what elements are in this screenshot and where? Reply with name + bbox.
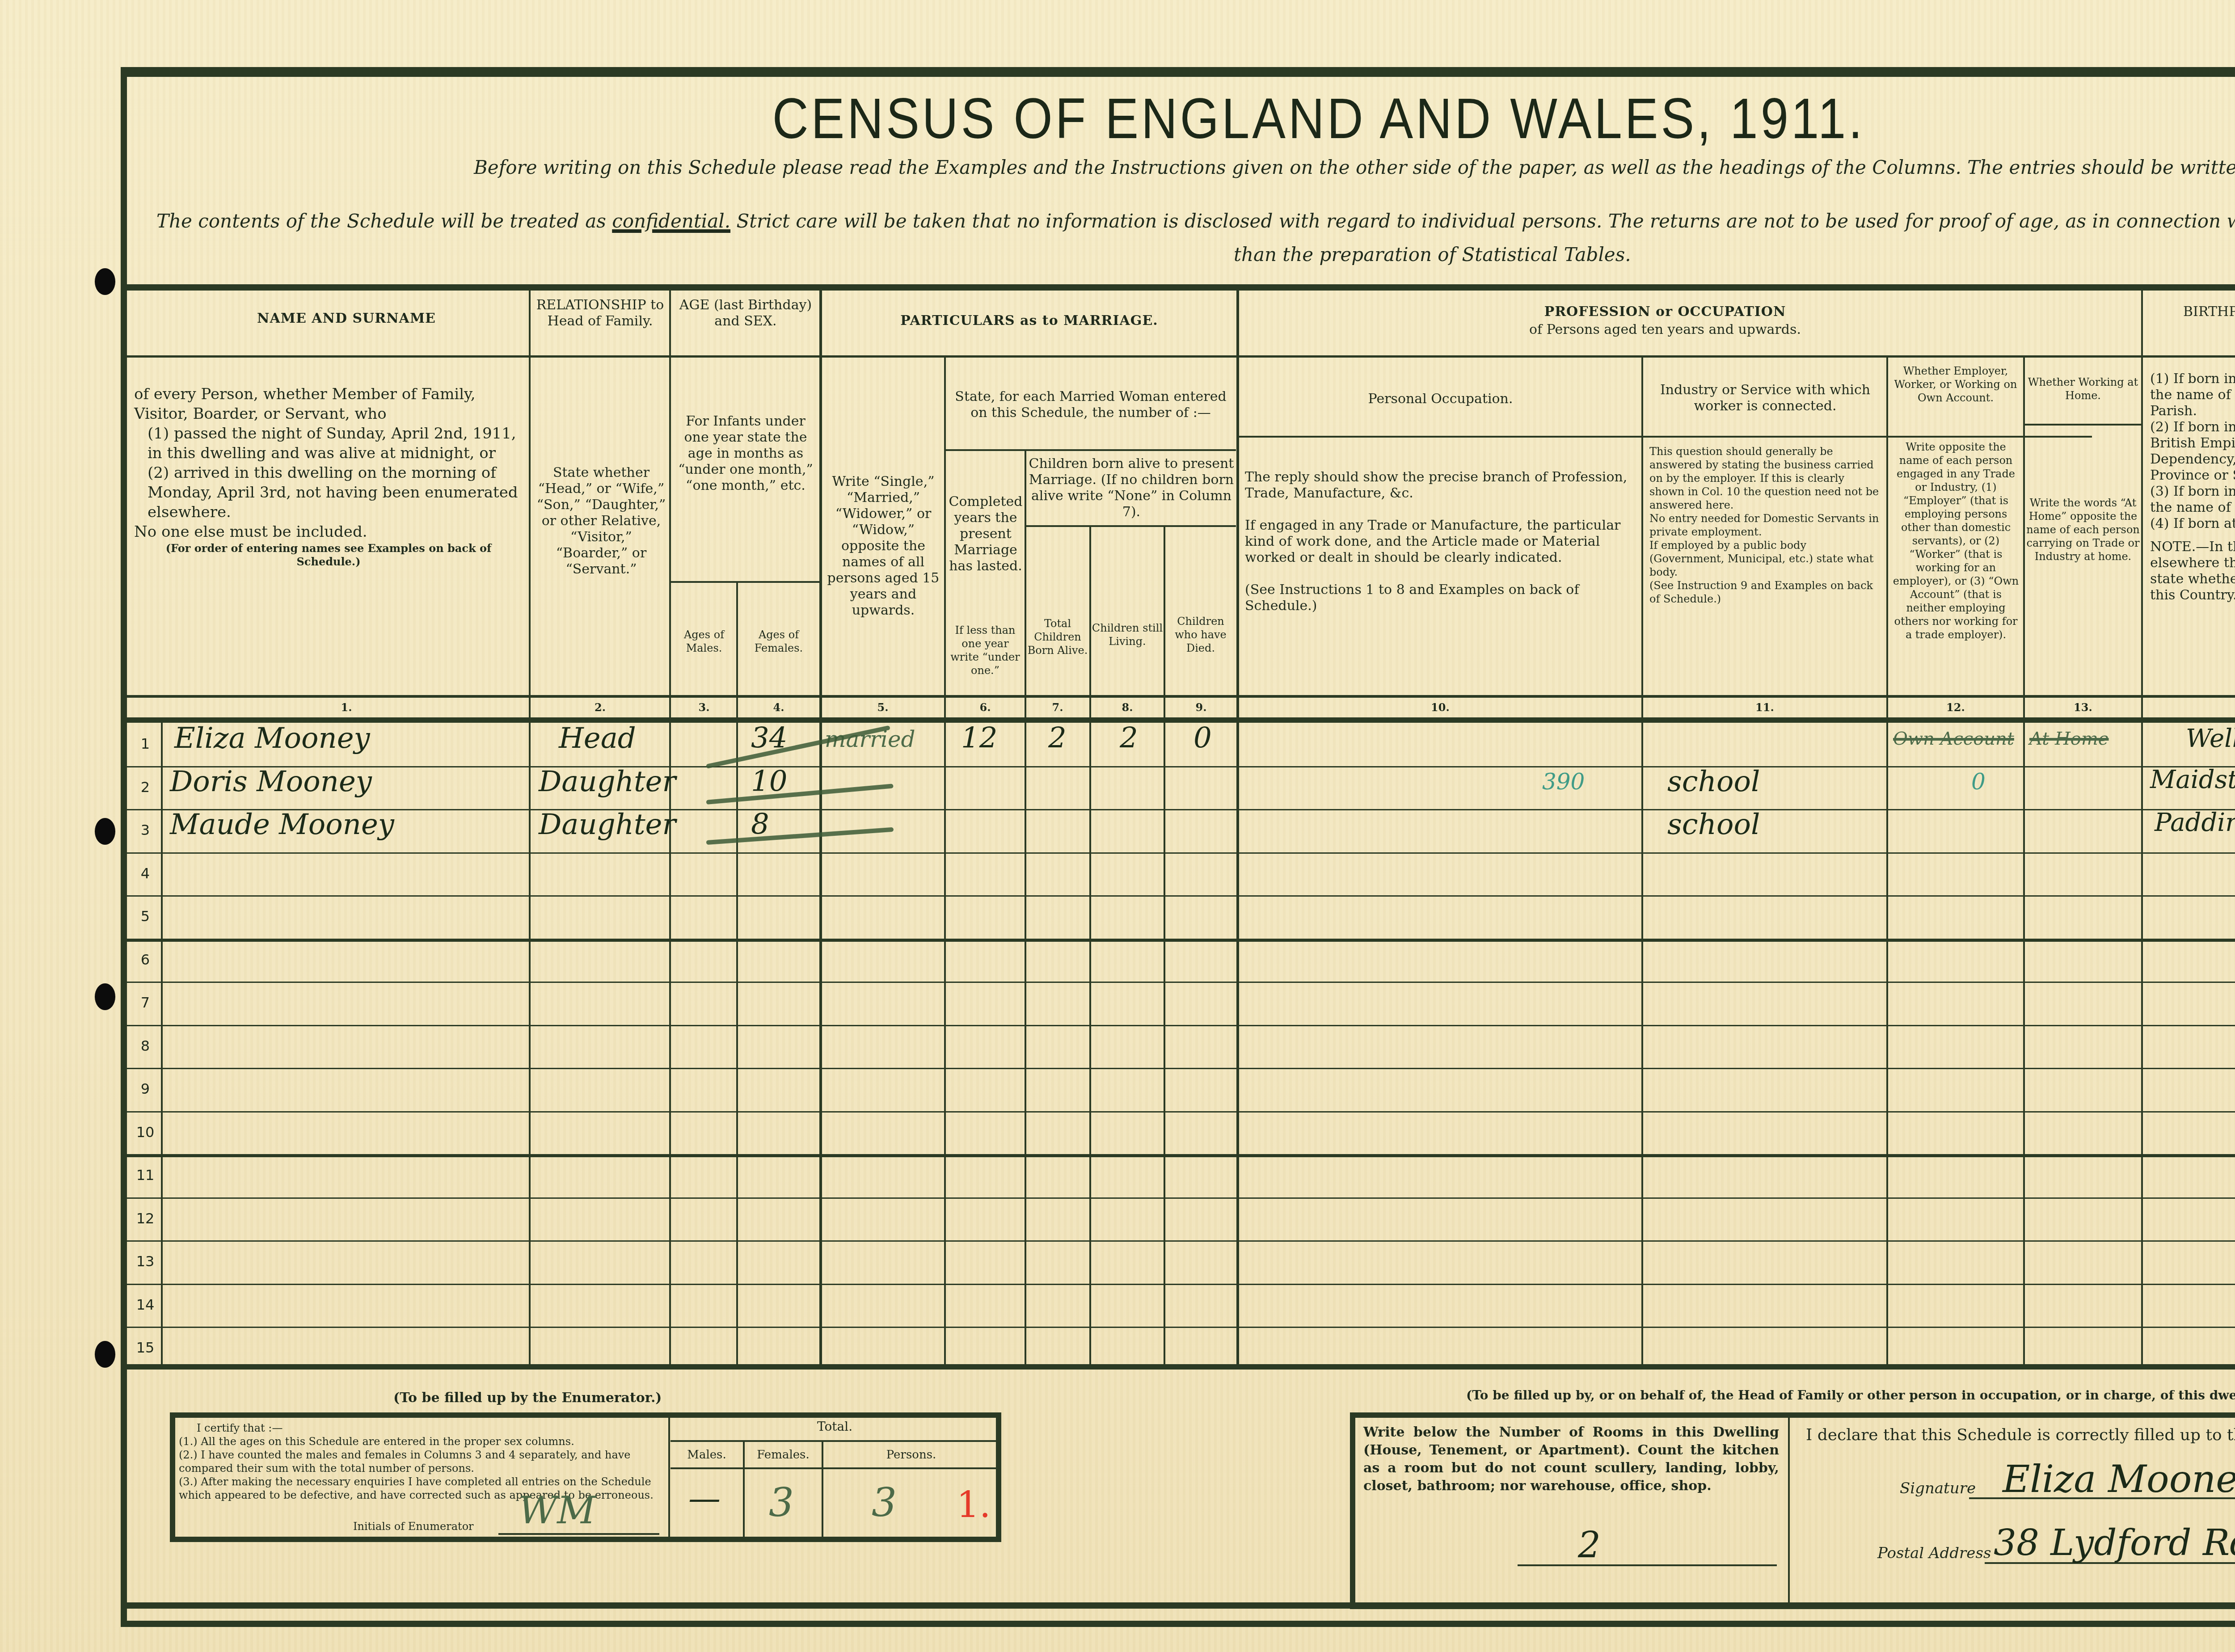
enum-total-rule — [670, 1440, 999, 1442]
col10-title: Personal Occupation. — [1240, 391, 1640, 407]
total-females[interactable]: 3 — [769, 1479, 794, 1526]
row-number: 8 — [125, 1037, 165, 1054]
col-rule-7 — [1089, 525, 1091, 1368]
occupation-sub-rule — [1238, 436, 2092, 438]
row-rule — [125, 982, 2235, 983]
confidential-line-2: than the preparation of Statistical Tabl… — [1234, 244, 1631, 265]
row-number: 9 — [125, 1080, 165, 1097]
rooms-count[interactable]: 2 — [1578, 1524, 1601, 1566]
red-tally-mark: 1. — [957, 1484, 991, 1526]
signature[interactable]: Eliza Mooney — [2003, 1457, 2235, 1501]
col6-instructions: Completed years the present Marriage has… — [948, 494, 1024, 574]
row-rule — [125, 1025, 2235, 1026]
person-1-children-born[interactable]: 2 — [1048, 722, 1067, 755]
col-rule-1 — [529, 288, 531, 1368]
colnum-1: 1. — [165, 701, 527, 714]
enumerator-heading: (To be filled up by the Enumerator.) — [393, 1390, 662, 1406]
col12-instructions: Write opposite the name of each person e… — [1890, 440, 2022, 641]
col8-title: Children still Living. — [1092, 621, 1163, 648]
rooms-instructions: Write below the Number of Rooms in this … — [1363, 1424, 1779, 1495]
punch-hole — [95, 983, 115, 1010]
col-rule-12 — [2023, 358, 2025, 1368]
colnum-6: 6. — [946, 701, 1025, 714]
persons-label: Persons. — [823, 1448, 999, 1462]
col6-sub: If less than one year write “under one.” — [947, 624, 1024, 677]
col13-title: Whether Working at Home. — [2026, 375, 2140, 402]
signature-label: Signature — [1900, 1479, 1976, 1497]
person-1-name[interactable]: Eliza Mooney — [174, 722, 370, 755]
instruction-line: Before writing on this Schedule please r… — [474, 156, 2235, 178]
row-number: 7 — [125, 994, 165, 1011]
person-2-employer-code: 0 — [1971, 769, 1986, 795]
colnum-top-rule — [121, 695, 2235, 698]
col1-instructions: of every Person, whether Member of Famil… — [134, 384, 523, 569]
householder-divider — [1788, 1417, 1790, 1605]
person-1-children-living[interactable]: 2 — [1120, 722, 1138, 755]
col3-title: Ages of Males. — [672, 628, 736, 655]
col11-title: Industry or Service with which worker is… — [1645, 382, 1885, 414]
header-title-rule — [121, 355, 2235, 358]
colnum-9: 9. — [1165, 701, 1237, 714]
row-rule — [125, 852, 2235, 854]
person-2-name[interactable]: Doris Mooney — [170, 765, 372, 798]
row-number: 2 — [125, 779, 165, 796]
col12-title: Whether Employer, Worker, or Working on … — [1889, 364, 2022, 405]
colnum-8: 8. — [1091, 701, 1164, 714]
row-rule — [125, 1154, 2235, 1157]
person-2-industry[interactable]: school — [1667, 765, 1760, 798]
row-number: 4 — [125, 865, 165, 882]
table-top-rule — [121, 284, 2235, 291]
row-rule — [125, 809, 2235, 810]
col-rule-6 — [1025, 449, 1026, 1368]
enumerator-initials[interactable]: WM — [519, 1488, 595, 1532]
row-number: 3 — [125, 822, 165, 839]
row-number: 13 — [125, 1253, 165, 1270]
col10-instructions: The reply should show the precise branch… — [1245, 469, 1636, 614]
colnum-14: 14. — [2143, 701, 2235, 714]
page-title: CENSUS OF ENGLAND AND WALES, 1911. — [626, 85, 2011, 151]
occupation-title: PROFESSION or OCCUPATION — [1240, 304, 2090, 320]
children-rule — [1026, 525, 1236, 527]
colnum-7: 7. — [1026, 701, 1089, 714]
married-woman-rule — [945, 449, 1236, 451]
col14-instructions: (1) If born in the United Kingdom, write… — [2150, 371, 2235, 603]
person-1-relationship[interactable]: Head — [559, 722, 636, 755]
punch-hole — [95, 818, 115, 845]
colnum-13: 13. — [2025, 701, 2141, 714]
row-rule — [125, 766, 2235, 767]
person-1-at-home[interactable]: At Home — [2029, 729, 2109, 749]
person-2-occupation-code: 390 — [1542, 769, 1585, 795]
row-number: 10 — [125, 1124, 165, 1141]
declaration: I declare that this Schedule is correctl… — [1806, 1426, 2235, 1444]
rooms-underline — [1518, 1564, 1777, 1566]
punch-hole — [95, 268, 115, 295]
males-label: Males. — [670, 1448, 743, 1462]
initials-label: Initials of Enumerator — [353, 1520, 474, 1533]
col7-title: Total Children Born Alive. — [1027, 617, 1088, 657]
col4-title: Ages of Females. — [738, 628, 819, 655]
colnum-4: 4. — [738, 701, 819, 714]
col1-title: NAME AND SURNAME — [165, 311, 527, 327]
bottom-rule — [121, 1602, 2235, 1609]
col5-instructions: Write “Single,” “Married,” “Widower,” or… — [825, 474, 942, 619]
children-instructions: Children born alive to present Marriage.… — [1028, 456, 1235, 520]
colnum-12: 12. — [1888, 701, 2023, 714]
householder-heading: (To be filled up by, or on behalf of, th… — [1466, 1388, 2235, 1403]
col-rule-5 — [944, 358, 946, 1368]
enum-sub-rule — [670, 1467, 999, 1469]
age-sub-rule — [670, 581, 820, 583]
total-males[interactable]: — — [688, 1479, 721, 1517]
col-rule-4 — [819, 288, 822, 1368]
colnum-5: 5. — [822, 701, 943, 714]
row-rule — [125, 1240, 2235, 1242]
data-bottom-rule — [121, 1364, 2235, 1370]
row-number: 5 — [125, 908, 165, 925]
row-rule — [125, 1111, 2235, 1113]
col-rule-11 — [1886, 358, 1888, 1368]
age-instructions: For Infants under one year state the age… — [672, 413, 819, 494]
postal-address[interactable]: 38 Lydford Rd Paddington W. — [1994, 1522, 2235, 1563]
row-rule — [125, 1284, 2235, 1285]
total-label: Total. — [670, 1419, 999, 1434]
data-top-rule — [121, 717, 2235, 723]
person-3-name[interactable]: Maude Mooney — [170, 808, 394, 841]
total-persons[interactable]: 3 — [872, 1479, 897, 1526]
age-title: AGE (last Birthday) and SEX. — [672, 297, 819, 329]
row-number: 12 — [125, 1210, 165, 1227]
person-2-birthplace[interactable]: Maidstone Kent — [2150, 765, 2235, 794]
col14-title: BIRTHPLACE of every person. — [2144, 304, 2235, 320]
row-rule — [125, 895, 2235, 897]
row-number: 1 — [125, 735, 165, 752]
col9-title: Children who have Died. — [1166, 615, 1236, 655]
row-number: 14 — [125, 1296, 165, 1313]
occupation-subtitle: of Persons aged ten years and upwards. — [1240, 322, 2090, 338]
person-3-relationship[interactable]: Daughter — [539, 808, 676, 841]
col-rule-8 — [1164, 525, 1165, 1368]
person-1-children-died[interactable]: 0 — [1193, 722, 1212, 755]
person-1-employer-status[interactable]: Own Account — [1893, 729, 2014, 749]
confidential-word: confidential. — [612, 210, 730, 232]
females-label: Females. — [745, 1448, 822, 1462]
person-2-relationship[interactable]: Daughter — [539, 765, 676, 798]
row-rule — [125, 1068, 2235, 1069]
col2-instructions: State whether “Head,” or “Wife,” “Son,” … — [534, 465, 668, 577]
person-3-industry[interactable]: school — [1667, 808, 1760, 841]
row-rule — [125, 1327, 2235, 1328]
person-3-birthplace[interactable]: Paddington London — [2155, 808, 2235, 837]
confidential-line: The contents of the Schedule will be tre… — [156, 210, 2235, 232]
marriage-title: PARTICULARS as to MARRIAGE. — [822, 313, 1236, 329]
colnum-10: 10. — [1239, 701, 1641, 714]
col11-instructions: This question should generally be answer… — [1649, 445, 1882, 606]
row-rule — [125, 1197, 2235, 1199]
col2-title: RELATIONSHIP to Head of Family. — [532, 297, 668, 329]
colnum-2: 2. — [532, 701, 668, 714]
enum-divider — [668, 1417, 670, 1538]
col13-instructions: Write the words “At Home” opposite the n… — [2026, 496, 2140, 563]
row-rule — [125, 939, 2235, 942]
col-rule-13 — [2141, 288, 2143, 1368]
home-sub-rule — [2025, 424, 2141, 426]
colnum-11: 11. — [1643, 701, 1886, 714]
colnum-3: 3. — [672, 701, 736, 714]
person-1-birthplace[interactable]: Wellington Kent — [2186, 724, 2235, 753]
punch-hole — [95, 1341, 115, 1368]
married-woman-instructions: State, for each Married Woman entered on… — [948, 389, 1234, 421]
col-rule-3 — [736, 581, 738, 1368]
row-number: 6 — [125, 951, 165, 968]
row-number: 15 — [125, 1339, 165, 1356]
col-rule-9 — [1236, 288, 1239, 1368]
person-1-years-married[interactable]: 12 — [961, 722, 997, 755]
row-number: 11 — [125, 1167, 165, 1184]
postal-address-label: Postal Address — [1877, 1544, 1991, 1562]
col-rule-10 — [1641, 358, 1643, 1368]
initials-underline — [498, 1533, 659, 1535]
